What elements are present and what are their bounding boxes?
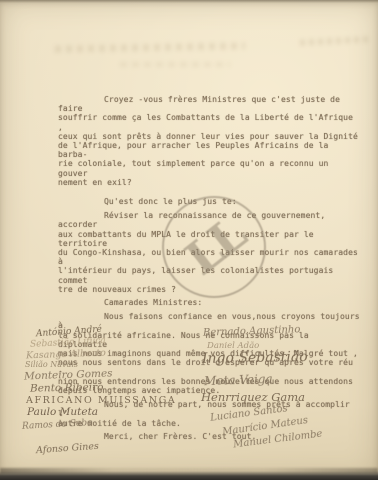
paragraph-2: Réviser la reconnaissance de ce gouverne… [58,211,360,294]
bleed-through-smudge [300,36,368,46]
scan-top-edge [0,0,378,3]
paragraph-1: Croyez -vous frères Ministres que c'est … [58,95,360,187]
signature: Ingo Sebastião [202,349,308,367]
signature: Silião Navais [25,360,78,369]
signature: Mota Veiga [204,372,273,388]
scan-bottom-edge [0,471,378,480]
signature: AFRICANO MUISSANGA [26,395,176,406]
bleed-through-smudge [120,62,230,67]
subheading-2: Camarades Ministres: [104,298,360,307]
bleed-through-smudge [55,42,245,52]
signature: Paulo Muteta [27,406,98,418]
signature: Afonso Gines [36,441,100,456]
signature: Bento Ribeiro [30,381,104,394]
signature: Henrriquez Gama [201,390,305,404]
subheading-1: Qu'est donc le plus jus te: [104,197,360,206]
scanned-letter-page: Croyez -vous frères Ministres que c'est … [0,0,378,480]
